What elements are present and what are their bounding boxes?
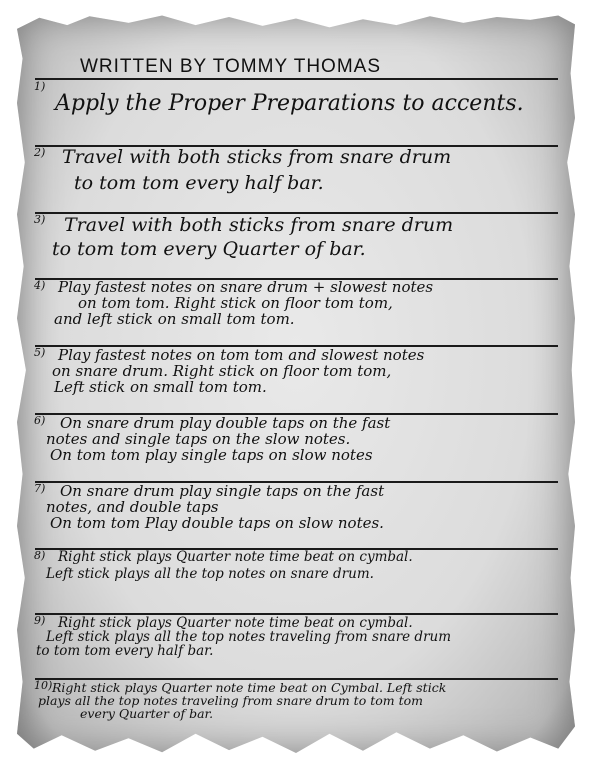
entry-6: On snare drum play double taps on the fa… bbox=[60, 416, 570, 463]
entry-number: 4) bbox=[34, 279, 45, 292]
entry-1: Apply the Proper Preparations to accents… bbox=[55, 92, 565, 115]
entry-line: to tom tom every half bar. bbox=[62, 174, 572, 194]
entry-line: to tom tom every Quarter of bar. bbox=[52, 240, 574, 260]
entry-number: 1) bbox=[34, 80, 45, 93]
entry-line: On tom tom play single taps on slow note… bbox=[50, 448, 570, 464]
entry-line: Left stick on small tom tom. bbox=[54, 380, 568, 396]
entry-number: 9) bbox=[34, 614, 45, 627]
ruled-line bbox=[35, 78, 558, 80]
entry-8: Right stick plays Quarter note time beat… bbox=[58, 550, 568, 581]
entry-line: Travel with both sticks from snare drum bbox=[62, 148, 572, 168]
entry-line: Right stick plays Quarter note time beat… bbox=[58, 550, 568, 564]
entry-line: and left stick on small tom tom. bbox=[54, 312, 568, 328]
entry-number: 7) bbox=[34, 482, 45, 495]
entry-line: every Quarter of bar. bbox=[52, 707, 562, 720]
entry-10: Right stick plays Quarter note time beat… bbox=[52, 681, 562, 720]
entry-number: 8) bbox=[34, 549, 45, 562]
entry-2: Travel with both sticks from snare drum … bbox=[62, 148, 572, 194]
entry-line: Apply the Proper Preparations to accents… bbox=[55, 92, 565, 115]
entry-5: Play fastest notes on tom tom and slowes… bbox=[58, 348, 568, 395]
entry-number: 6) bbox=[34, 414, 45, 427]
entry-line: to tom tom every half bar. bbox=[36, 644, 568, 658]
entry-line: Right stick plays Quarter note time beat… bbox=[58, 616, 568, 630]
entry-9: Right stick plays Quarter note time beat… bbox=[58, 616, 568, 659]
entry-number: 10) bbox=[34, 679, 52, 692]
entry-line: On tom tom Play double taps on slow note… bbox=[50, 516, 570, 532]
entry-7: On snare drum play single taps on the fa… bbox=[60, 484, 570, 531]
entry-line: Left stick plays all the top notes trave… bbox=[46, 630, 568, 644]
entry-number: 2) bbox=[34, 146, 45, 159]
entry-line: Left stick plays all the top notes on sn… bbox=[46, 567, 568, 581]
entry-line: Travel with both sticks from snare drum bbox=[64, 216, 574, 236]
document-title: WRITTEN BY TOMMY THOMAS bbox=[80, 56, 381, 78]
entry-4: Play fastest notes on snare drum + slowe… bbox=[58, 280, 568, 327]
entry-number: 3) bbox=[34, 213, 45, 226]
entry-3: Travel with both sticks from snare drum … bbox=[64, 216, 574, 260]
entry-number: 5) bbox=[34, 346, 45, 359]
